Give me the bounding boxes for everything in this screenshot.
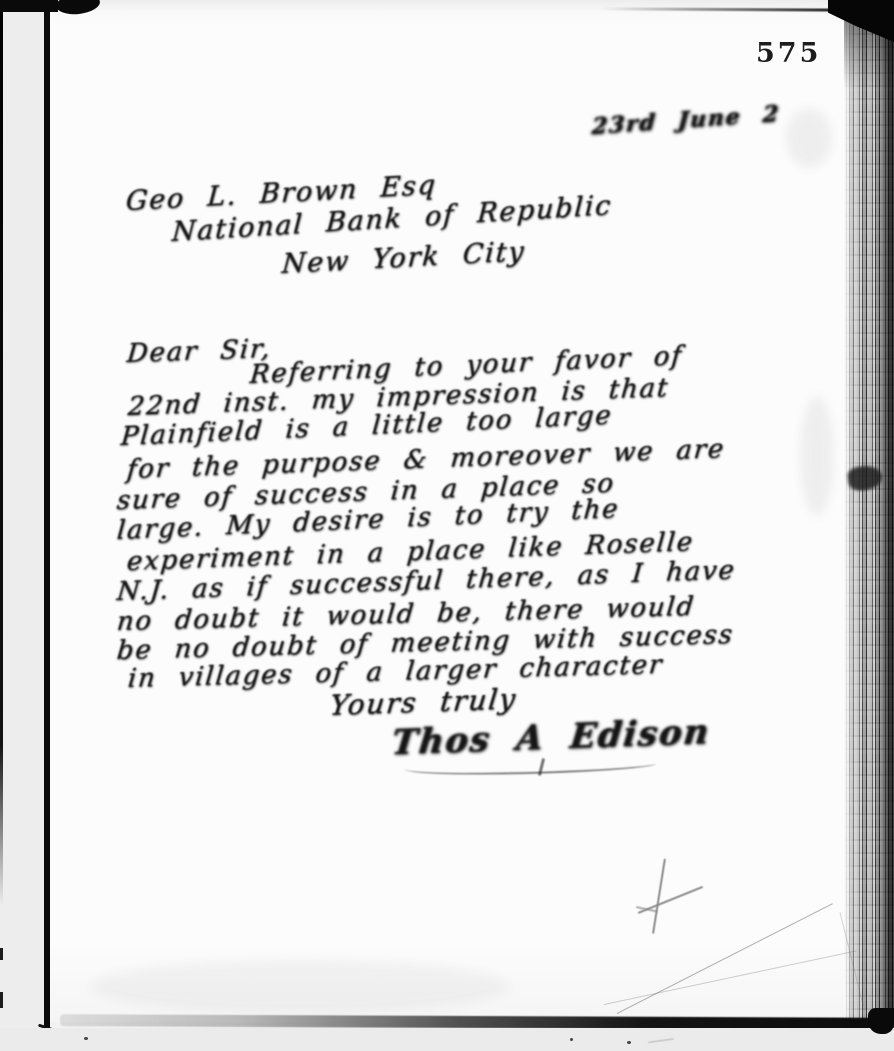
ink-smudge (90, 960, 510, 1014)
book-fore-edge-pages (844, 0, 894, 1031)
ink-smudge (800, 396, 834, 516)
book-spine-line (44, 8, 50, 1032)
dust-speckle (84, 1037, 88, 1040)
scan-top-bar (0, 0, 58, 12)
page-number: 575 (756, 38, 821, 69)
binding-gutter (0, 0, 46, 1051)
dust-speckle (570, 1038, 573, 1041)
closing: Yours truly (329, 685, 519, 720)
dust-speckle (627, 1041, 631, 1044)
bottom-right-corner-shadow (868, 1008, 894, 1034)
underlying-page-strip (0, 1028, 894, 1051)
film-edge-mark (0, 992, 3, 1008)
signature: Thos A Edison (390, 715, 712, 760)
letterbook-scan: 575 23rd June 2 Geo L. Brown Esq Nationa… (0, 0, 894, 1051)
ink-smudge (786, 108, 832, 168)
film-edge-mark (0, 948, 3, 960)
film-edge-strip (0, 6, 3, 906)
